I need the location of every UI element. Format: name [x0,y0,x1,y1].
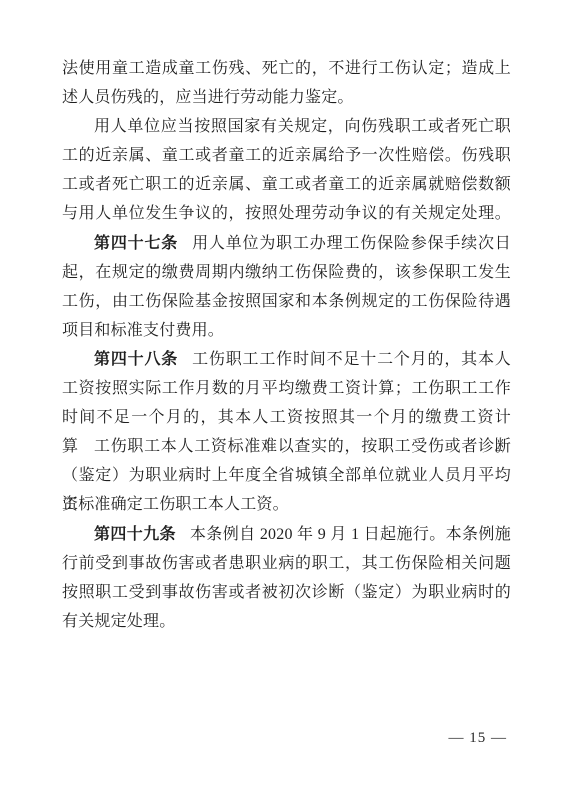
text-line: 与用人单位发生争议的，按照处理劳动争议的有关规定处理。 [62,199,511,228]
article-number: 第四十七条 [94,235,178,252]
text-line: 时间不足一个月的，其本人工资按照其一个月的缴费工资计算。 [62,403,511,432]
page-number: — 15 — [449,730,508,747]
line-text: 工或者死亡职工的近亲属、童工或者童工的近亲属就赔偿数额 [62,176,511,193]
text-line: 行前受到事故伤害或者患职业病的职工，其工伤保险相关问题 [62,549,511,578]
text-line: 按照职工受到事故伤害或者被初次诊断（鉴定）为职业病时的 [62,578,511,607]
line-text: 工的近亲属、童工或者童工的近亲属给予一次性赔偿。伤残职 [62,147,511,164]
text-line: 第四十七条用人单位为职工办理工伤保险参保手续次日 [62,229,511,258]
line-text: 行前受到事故伤害或者患职业病的职工，其工伤保险相关问题 [62,555,511,572]
line-text: 有关规定处理。 [62,613,175,630]
text-line: 工的近亲属、童工或者童工的近亲属给予一次性赔偿。伤残职 [62,141,511,170]
line-text: 工伤，由工伤保险基金按照国家和本条例规定的工伤保险待遇 [62,293,511,310]
line-text: 起，在规定的缴费周期内缴纳工伤保险费的，该参保职工发生 [62,264,511,281]
article-number: 第四十八条 [94,351,178,368]
text-line: 资标准确定工伤职工本人工资。 [62,490,511,519]
text-line: 用人单位应当按照国家有关规定，向伤残职工或者死亡职 [62,112,511,141]
line-text: 与用人单位发生争议的，按照处理劳动争议的有关规定处理。 [62,205,511,222]
document-body-text: 法使用童工造成童工伤残、死亡的，不进行工伤认定；造成上述人员伤残的，应当进行劳动… [62,54,511,636]
article-number: 第四十九条 [94,526,176,543]
text-line: 第四十八条工伤职工工作时间不足十二个月的，其本人 [62,345,511,374]
line-text: 按照职工受到事故伤害或者被初次诊断（鉴定）为职业病时的 [62,584,511,601]
text-line: 有关规定处理。 [62,607,511,636]
text-line: 起，在规定的缴费周期内缴纳工伤保险费的，该参保职工发生 [62,258,511,287]
text-line: （鉴定）为职业病时上年度全省城镇全部单位就业人员月平均工 [62,461,511,490]
text-line: 项目和标准支付费用。 [62,316,511,345]
text-line: 述人员伤残的，应当进行劳动能力鉴定。 [62,83,511,112]
document-page: 法使用童工造成童工伤残、死亡的，不进行工伤认定；造成上述人员伤残的，应当进行劳动… [0,0,570,786]
text-line: 法使用童工造成童工伤残、死亡的，不进行工伤认定；造成上 [62,54,511,83]
line-text: 用人单位应当按照国家有关规定，向伤残职工或者死亡职 [94,118,511,135]
line-text: 工资按照实际工作月数的月平均缴费工资计算；工伤职工工作 [62,380,511,397]
line-text: 工伤职工本人工资标准难以查实的，按职工受伤或者诊断 [94,438,511,455]
line-text: 工伤职工工作时间不足十二个月的，其本人 [192,351,511,368]
text-line: 第四十九条本条例自 2020 年 9 月 1 日起施行。本条例施 [62,520,511,549]
text-line: 工伤，由工伤保险基金按照国家和本条例规定的工伤保险待遇 [62,287,511,316]
line-text: 项目和标准支付费用。 [62,322,224,339]
text-line: 工资按照实际工作月数的月平均缴费工资计算；工伤职工工作 [62,374,511,403]
line-text: 法使用童工造成童工伤残、死亡的，不进行工伤认定；造成上 [62,60,511,77]
line-text: 本条例自 2020 年 9 月 1 日起施行。本条例施 [190,526,511,543]
text-line: 工伤职工本人工资标准难以查实的，按职工受伤或者诊断 [62,432,511,461]
line-text: 资标准确定工伤职工本人工资。 [62,496,289,513]
line-text: 述人员伤残的，应当进行劳动能力鉴定。 [62,89,354,106]
line-text: 用人单位为职工办理工伤保险参保手续次日 [192,235,511,252]
text-line: 工或者死亡职工的近亲属、童工或者童工的近亲属就赔偿数额 [62,170,511,199]
